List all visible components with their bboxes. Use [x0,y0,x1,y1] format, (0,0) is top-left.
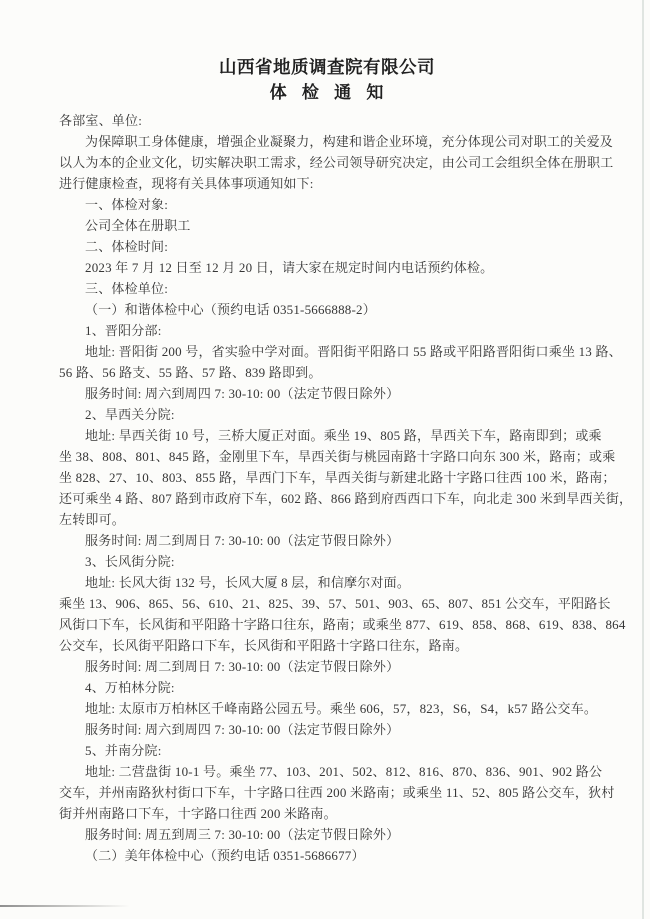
document-line: 1、晋阳分部: [59,320,595,341]
document-line: 各部室、单位: [59,110,595,131]
document-line: 服务时间: 周六到周四 7: 30-10: 00（法定节假日除外） [59,719,595,740]
document-line: 以人为本的企业文化，切实解决职工需求，经公司领导研究决定，由公司工会组织全体在册… [59,152,595,173]
document-line: 56 路、56 路支、55 路、57 路、839 路即到。 [59,362,595,383]
document-line: 地址: 二营盘街 10-1 号。乘坐 77、103、201、502、812、81… [59,761,595,782]
document-line: 地址: 晋阳街 200 号，省实验中学对面。晋阳街平阳路口 55 路或平阳路晋阳… [59,341,595,362]
document-line: 街并州南路口下车，十字路口往西 200 米路南。 [59,803,595,824]
document-line: 地址: 太原市万柏林区千峰南路公园五号。乘坐 606，57，823，S6，S4，… [59,698,595,719]
document-line: 乘坐 13、906、865、56、610、21、825、39、57、501、90… [59,593,595,614]
document-content: 山西省地质调查院有限公司 体 检 通 知 各部室、单位:为保障职工身体健康，增强… [59,55,595,866]
document-line: 三、体检单位: [59,278,595,299]
document-line: 风街口下车，长风街和平阳路十字路口往东，路南；或乘坐 877、619、858、8… [59,614,595,635]
document-line: 交车，并州南路狄村街口下车，十字路口往西 200 米路南；或乘坐 11、52、8… [59,782,595,803]
document-line: 坐 38、808、801、845 路，金刚里下车，旱西关街与桃园南路十字路口向东… [59,446,595,467]
document-line: 公交车，长风街平阳路口下车，长风街和平阳路十字路口往东，路南。 [59,635,595,656]
document-line: 4、万柏林分院: [59,677,595,698]
document-line: 二、体检时间: [59,236,595,257]
document-line: 服务时间: 周二到周日 7: 30-10: 00（法定节假日除外） [59,530,595,551]
document-line: 进行健康检查，现将有关具体事项通知如下: [59,173,595,194]
document-line: 坐 828、27、10、803、855 路，旱西门下车，旱西关街与新建北路十字路… [59,467,595,488]
document-line: 2023 年 7 月 12 日至 12 月 20 日，请大家在规定时间内电话预约… [59,257,595,278]
document-line: 还可乘坐 4 路、807 路到市政府下车，602 路、866 路到府西西口下车，… [59,488,595,509]
document-line: （二）美年体检中心（预约电话 0351-5686677） [59,845,595,866]
scan-edge-line [642,0,644,919]
scan-bottom-artifact-line [0,905,130,907]
document-line: 地址: 旱西关街 10 号，三桥大厦正对面。乘坐 19、805 路，旱西关下车，… [59,425,595,446]
document-page: 山西省地质调查院有限公司 体 检 通 知 各部室、单位:为保障职工身体健康，增强… [0,0,650,919]
document-line: 服务时间: 周五到周三 7: 30-10: 00（法定节假日除外） [59,824,595,845]
document-line: 地址: 长风大街 132 号，长风大厦 8 层，和信摩尔对面。 [59,572,595,593]
document-line: 公司全体在册职工 [59,215,595,236]
notice-title: 体 检 通 知 [59,80,595,105]
document-line: 为保障职工身体健康，增强企业凝聚力，构建和谐企业环境，充分体现公司对职工的关爱及 [59,131,595,152]
document-line: 服务时间: 周二到周日 7: 30-10: 00（法定节假日除外） [59,656,595,677]
company-name: 山西省地质调查院有限公司 [59,55,595,80]
document-line: 2、旱西关分院: [59,404,595,425]
document-line: 3、长风街分院: [59,551,595,572]
document-line: 5、并南分院: [59,740,595,761]
document-line: （一）和谐体检中心（预约电话 0351-5666888-2） [59,299,595,320]
document-body: 各部室、单位:为保障职工身体健康，增强企业凝聚力，构建和谐企业环境，充分体现公司… [59,110,595,866]
document-line: 左转即可。 [59,509,595,530]
document-line: 服务时间: 周六到周四 7: 30-10: 00（法定节假日除外） [59,383,595,404]
document-line: 一、体检对象: [59,194,595,215]
